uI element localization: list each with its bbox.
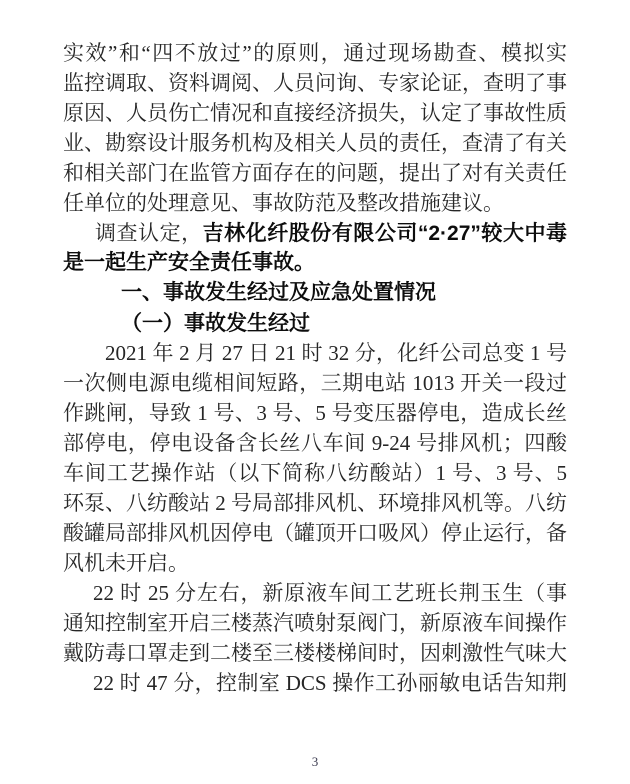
document-page: 实效”和“四不放过”的原则，通过现场勘查、模拟实验、视频 监控调取、资料调阅、人… (0, 0, 630, 784)
text-line: 22 时 25 分左右，新原液车间工艺班长荆玉生（事故中死亡） (63, 578, 567, 608)
text-line: 一次侧电源电缆相间短路，三期电站 1013 开关一段过流保护动 (63, 368, 567, 398)
text-line: 和相关部门在监管方面存在的问题，提出了对有关责任人员和责 (63, 158, 567, 188)
text-line: 业、勘察设计服务机构及相关人员的责任，查清了有关地方政府 (63, 128, 567, 158)
text-line: 通知控制室开启三楼蒸汽喷射泵阀门，新原液车间操作工王贺佩 (63, 608, 567, 638)
text-line: 环泵、八纺酸站 2 号局部排风机、环境排风机等。八纺酸站三楼 (63, 488, 567, 518)
text-line: 车间工艺操作站（以下简称八纺酸站）1 号、3 号、5 号酸浴循 (63, 458, 567, 488)
text-line: 风机未开启。 (63, 548, 567, 578)
text-line: 22 时 47 分，控制室 DCS 操作工孙丽敏电话告知荆玉生三楼 (63, 668, 567, 698)
text-line: 调查认定，吉林化纤股份有限公司“2·27”较大中毒事故 (63, 218, 567, 248)
text-line: 2021 年 2 月 27 日 21 时 32 分，化纤公司总变 1 号变压器 (63, 338, 567, 368)
text-line: 酸罐局部排风机因停电（罐顶开口吸风）停止运行，备用局部排 (63, 518, 567, 548)
emphasis-line: 是一起生产安全责任事故。 (63, 248, 567, 278)
text-line: 原因、人员伤亡情况和直接经济损失，认定了事故性质及事故企 (63, 98, 567, 128)
document-body: 实效”和“四不放过”的原则，通过现场勘查、模拟实验、视频 监控调取、资料调阅、人… (63, 38, 567, 698)
text-line: 戴防毒口罩走到二楼至三楼楼梯间时，因刺激性气味大而返回。 (63, 638, 567, 668)
text-line: 作跳闸，导致 1 号、3 号、5 号变压器停电，造成长丝八车间局 (63, 398, 567, 428)
text-line: 实效”和“四不放过”的原则，通过现场勘查、模拟实验、视频 (63, 38, 567, 68)
text-line: 部停电，停电设备含长丝八车间 9-24 号排风机；四酸站长丝八 (63, 428, 567, 458)
subsection-heading: （一）事故发生经过 (63, 308, 567, 338)
text-line: 任单位的处理意见、事故防范及整改措施建议。 (63, 188, 567, 218)
text-line: 监控调取、资料调阅、人员问询、专家论证，查明了事故经过、 (63, 68, 567, 98)
page-number: 3 (0, 753, 630, 771)
lead-text: 调查认定， (95, 221, 203, 245)
section-heading: 一、事故发生经过及应急处置情况 (63, 278, 567, 308)
